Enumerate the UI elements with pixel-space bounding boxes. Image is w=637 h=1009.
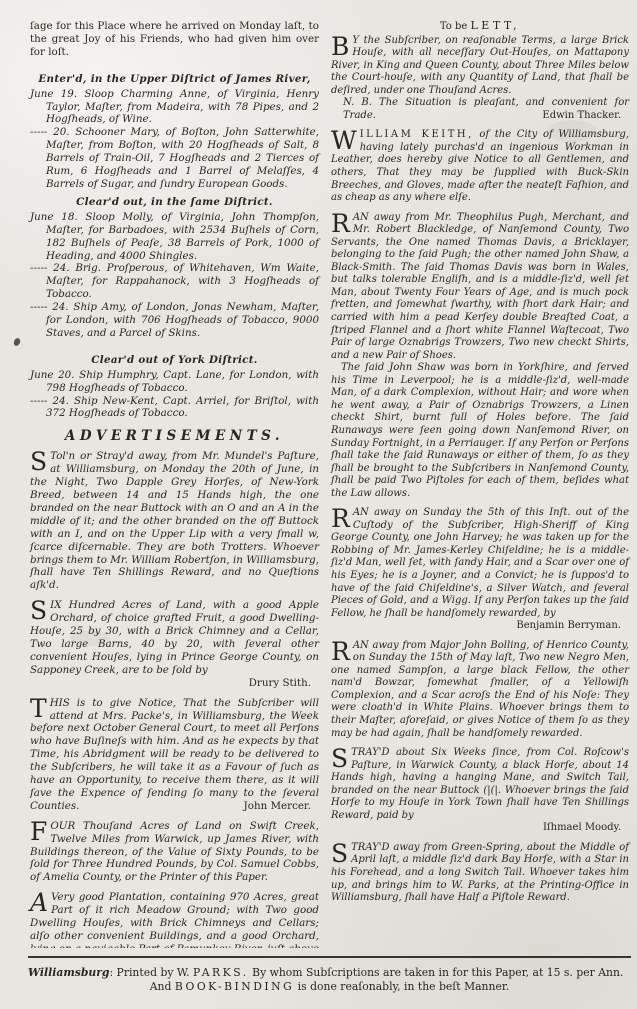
drop-cap: R	[331, 507, 353, 529]
signature: Iſhmael Moody.	[331, 822, 629, 835]
advertisement-plantation: AVery good Plantation, containing 970 Ac…	[30, 891, 319, 948]
advertisement-six-hundred-acres: SIX Hundred Acres of Land, with a good A…	[30, 599, 319, 689]
signature: Benjamin Berryman.	[331, 620, 629, 633]
drop-cap: S	[30, 450, 50, 472]
heading-caps: LETT,	[471, 19, 521, 32]
drop-cap: W	[331, 129, 360, 151]
imprint-line2-rest: is done reaſonably, in the beſt Manner.	[294, 980, 509, 993]
advertisement-ranaway-pugh: RAN away from Mr. Theophilus Pugh, Merch…	[331, 212, 629, 501]
ad-text: IX Hundred Acres of Land, with a good Ap…	[30, 599, 319, 676]
imprint-rest: By whom Subſcriptions are taken in for t…	[249, 966, 624, 979]
ad-text: HIS is to give Notice, That the Subſcrib…	[30, 697, 319, 812]
drop-cap: S	[30, 599, 50, 621]
ad-text: OUR Thouſand Acres of Land on Swift Cree…	[30, 820, 319, 884]
ad-text: AN away on Sunday the 5th of this Inſt. …	[331, 507, 629, 618]
drop-cap: T	[30, 697, 50, 719]
shipping-entry: June 20. Ship Humphry, Capt. Lane, for L…	[30, 369, 319, 395]
ad-text: Tol'n or Stray'd away, from Mr. Mundel's…	[30, 450, 319, 591]
shipping-entry: June 18. Sloop Molly, of Virginia, John …	[30, 211, 319, 263]
cleared-york-heading: Clear'd out of York Diſtrict.	[30, 354, 319, 367]
to-be-lett-heading: To be LETT,	[331, 20, 629, 34]
shipping-entry: ----- 24. Ship New-Kent, Capt. Arriel, f…	[30, 395, 319, 421]
advertisement-notice-mercer: THIS is to give Notice, That the Subſcri…	[30, 697, 319, 813]
advertisement-ranaway-harvey: RAN away on Sunday the 5th of this Inſt.…	[331, 507, 629, 632]
shipping-entry: ----- 24. Ship Amy, of London, Jonas New…	[30, 301, 319, 340]
drop-cap: S	[331, 747, 351, 769]
imprint-mid: : Printed by W.	[109, 966, 193, 979]
advertisement-four-thousand-acres: FOUR Thouſand Acres of Land on Swift Cre…	[30, 820, 319, 885]
shipping-entry: ----- 24. Brig. Proſperous, of Whitehave…	[30, 262, 319, 301]
left-column: ſage for this Place where he arrived on …	[30, 20, 319, 948]
drop-cap: S	[331, 842, 351, 864]
imprint-line1: Williamsburg: Printed by W. PARKS. By wh…	[28, 966, 631, 980]
advertisements-heading: ADVERTISEMENTS.	[30, 430, 319, 443]
intro-paragraph: ſage for this Place where he arrived on …	[30, 20, 319, 59]
drop-cap: F	[30, 820, 50, 842]
drop-cap: R	[331, 212, 353, 234]
drop-cap: A	[30, 891, 51, 913]
horizontal-rule	[28, 956, 631, 958]
drop-cap: B	[331, 35, 352, 57]
shipping-entry: June 19. Sloop Charming Anne, of Virgini…	[30, 88, 319, 127]
ad-text: Very good Plantation, containing 970 Acr…	[30, 891, 319, 948]
ad-text: AN away from Major John Bolling, of Henr…	[331, 640, 629, 739]
advertisement-strayed-roscow: STRAY'D about Six Weeks ſince, from Col.…	[331, 747, 629, 835]
drop-cap: R	[331, 640, 353, 662]
imprint-line2-pre: And	[150, 980, 175, 993]
bookbinding-label: BOOK-BINDING	[175, 980, 294, 993]
advertisement-william-keith: WILLIAM KEITH, of the City of Williamsbu…	[331, 129, 629, 204]
right-column: To be LETT, BY the Subſcriber, on reaſon…	[331, 20, 629, 948]
imprint-place: Williamsburg	[28, 966, 109, 979]
ad-text: Y the Subſcriber, on reaſonable Terms, a…	[331, 35, 629, 96]
page-columns: ſage for this Place where he arrived on …	[0, 0, 637, 948]
advertisement-ranaway-bolling: RAN away from Major John Bolling, of Hen…	[331, 640, 629, 740]
advertisement-strayed-greenspring: STRAY'D away from Green-Spring, about th…	[331, 842, 629, 905]
ad-text: of the City of Williamsburg, having late…	[331, 129, 629, 203]
printer-name: PARKS.	[193, 966, 249, 979]
shipping-entry: ----- 20. Schooner Mary, of Boſton, John…	[30, 126, 319, 191]
newspaper-page: ſage for this Place where he arrived on …	[0, 0, 637, 1009]
signature: Drury Stith.	[30, 677, 319, 690]
imprint-line2: And BOOK-BINDING is done reaſonably, in …	[28, 980, 631, 994]
ad-text-second-paragraph: The ſaid John Shaw was born in Yorkſhire…	[331, 362, 629, 500]
advertisement-stolen-horses: STol'n or Stray'd away, from Mr. Mundel'…	[30, 450, 319, 592]
ad-lead-caps: ILLIAM KEITH,	[360, 129, 474, 140]
advertisement-to-be-lett: BY the Subſcriber, on reaſonable Terms, …	[331, 35, 629, 123]
cleared-same-heading: Clear'd out, in the ſame Diſtrict.	[30, 196, 319, 209]
heading-small: To be	[440, 21, 471, 32]
ad-text: TRAY'D about Six Weeks ſince, from Col. …	[331, 747, 629, 821]
ad-text: TRAY'D away from Green-Spring, about the…	[331, 842, 629, 903]
entered-heading: Enter'd, in the Upper Diſtrict of James …	[30, 73, 319, 86]
ad-text: AN away from Mr. Theophilus Pugh, Mercha…	[331, 212, 629, 361]
imprint-footer: Williamsburg: Printed by W. PARKS. By wh…	[28, 956, 631, 993]
